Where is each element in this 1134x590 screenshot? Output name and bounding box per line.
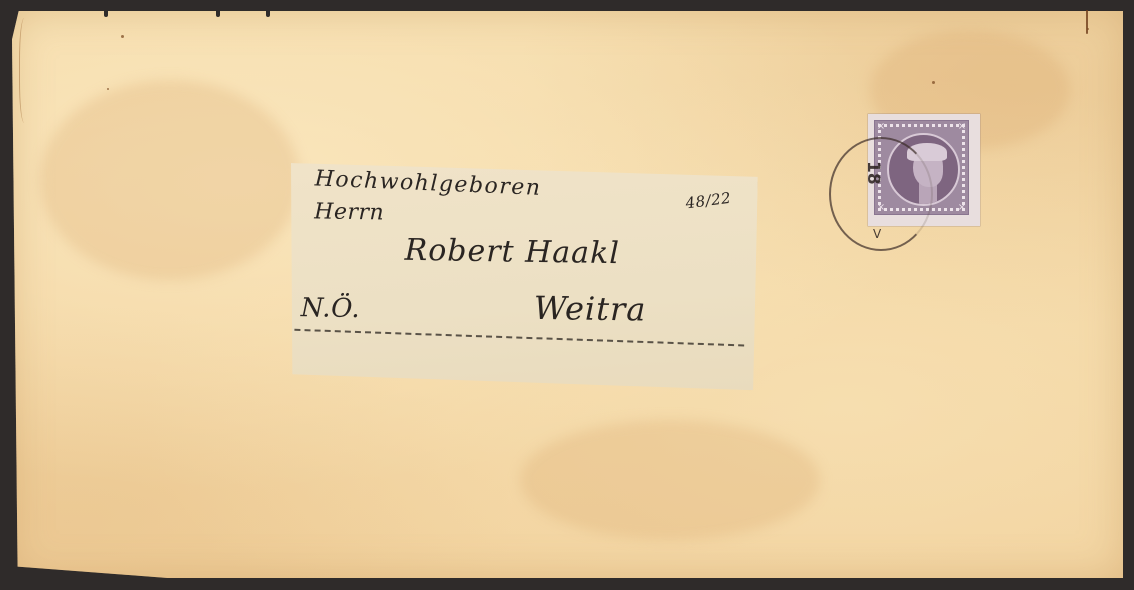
edge-tear [216,10,220,17]
printed-rule-line [294,329,744,347]
destination-town: Weitra [533,289,646,329]
stamp-corner-x-icon: × [957,203,967,213]
address-label: Hochwohlgeboren Herrn 48/22 Robert Haakl… [288,163,758,390]
paper-stain [40,80,300,280]
salutation-text: Hochwohlgeboren [314,166,542,200]
envelope-flap-crease [19,18,32,123]
foxing-spot [932,81,935,84]
edge-tear [104,10,108,17]
postmark-date: 18 [863,161,883,185]
stamp-corner-x-icon: × [876,122,886,132]
title-text: Herrn [314,199,384,225]
foxing-spot [1087,28,1089,30]
edge-tear [1086,10,1088,34]
paper-stain [520,420,820,540]
recipient-name: Robert Haakl [404,233,620,271]
reference-note: 48/22 [685,189,733,213]
circular-postmark: 18 V [829,137,933,251]
postmark-letter: V [873,227,881,241]
edge-tear [266,10,270,17]
stamp-corner-x-icon: × [957,122,967,132]
province-abbrev: N.Ö. [300,293,360,324]
foxing-spot [121,35,124,38]
foxing-spot [107,88,109,90]
